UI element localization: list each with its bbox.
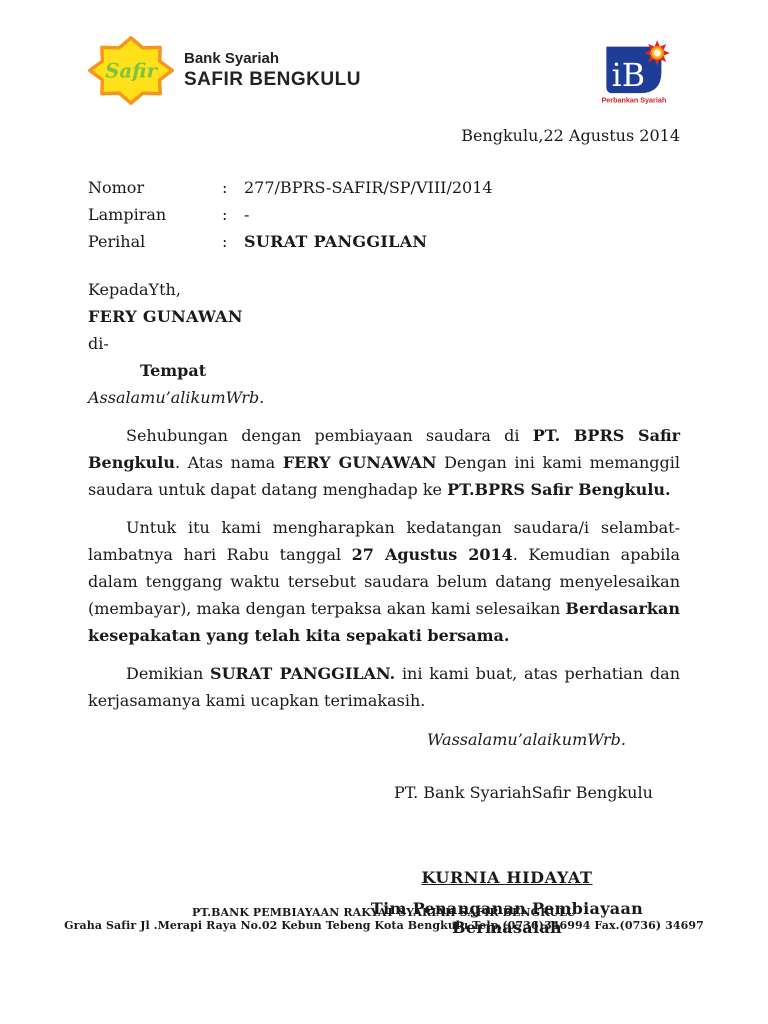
bank-brand: Safir Bank Syariah SAFIR BENGKULU xyxy=(88,36,361,105)
text-run-bold: FERY GUNAWAN xyxy=(283,453,437,472)
date-line: Bengkulu,22 Agustus 2014 xyxy=(88,126,680,145)
bank-name-line1: Bank Syariah xyxy=(184,49,361,68)
meta-label: Nomor xyxy=(88,177,222,198)
letter-meta: Nomor : 277/BPRS-SAFIR/SP/VIII/2014 Lamp… xyxy=(88,177,680,252)
meta-separator: : xyxy=(222,231,244,252)
footer-line1: PT.BANK PEMBIAYAAN RAKYAT SYARIAH SAFIR … xyxy=(0,906,768,919)
recipient-block: KepadaYth, FERY GUNAWAN di- Tempat Assal… xyxy=(88,276,680,411)
meta-separator: : xyxy=(222,204,244,225)
signature-name: KURNIA HIDAYAT xyxy=(334,868,680,887)
text-run: Demikian xyxy=(126,664,210,683)
meta-row-perihal: Perihal : SURAT PANGGILAN xyxy=(88,231,680,252)
bank-name-line2: SAFIR BENGKULU xyxy=(184,68,361,92)
meta-label: Lampiran xyxy=(88,204,222,225)
recipient-salutation: KepadaYth, xyxy=(88,276,680,303)
opening-greeting: Assalamu’alikumWrb. xyxy=(88,384,680,411)
ib-logo-text: iB xyxy=(612,58,646,94)
safir-star-logo-icon: Safir xyxy=(88,36,174,105)
closing-greeting: Wassalamu’alaikumWrb. xyxy=(427,730,680,749)
text-run: . Atas nama xyxy=(175,453,283,472)
text-run-bold: PT.BPRS Safir Bengkulu. xyxy=(447,480,671,499)
bank-name-block: Bank Syariah SAFIR BENGKULU xyxy=(184,49,361,92)
meta-label: Perihal xyxy=(88,231,222,252)
signature-company: PT. Bank SyariahSafir Bengkulu xyxy=(394,783,680,802)
meta-row-nomor: Nomor : 277/BPRS-SAFIR/SP/VIII/2014 xyxy=(88,177,680,198)
meta-value: SURAT PANGGILAN xyxy=(244,231,427,252)
ib-perbankan-syariah-logo-icon: iB Perbankan Syariah xyxy=(592,36,680,108)
footer-line2: Graha Safir Jl .Merapi Raya No.02 Kebun … xyxy=(0,919,768,932)
text-run: Sehubungan dengan pembiayaan saudara di xyxy=(126,426,533,445)
safir-logo-text: Safir xyxy=(105,58,158,82)
meta-value: - xyxy=(244,204,249,225)
recipient-place: Tempat xyxy=(88,357,680,384)
letter-page: Safir Bank Syariah SAFIR BENGKULU iB Per… xyxy=(0,0,768,1024)
text-run-bold: SURAT PANGGILAN. xyxy=(210,664,395,683)
letter-footer: PT.BANK PEMBIAYAAN RAKYAT SYARIAH SAFIR … xyxy=(0,906,768,932)
paragraph-3: Demikian SURAT PANGGILAN. ini kami buat,… xyxy=(88,660,680,714)
meta-separator: : xyxy=(222,177,244,198)
meta-value: 277/BPRS-SAFIR/SP/VIII/2014 xyxy=(244,177,493,198)
paragraph-1: Sehubungan dengan pembiayaan saudara di … xyxy=(88,422,680,503)
recipient-di: di- xyxy=(88,330,680,357)
meta-row-lampiran: Lampiran : - xyxy=(88,204,680,225)
text-run-bold: 27 Agustus 2014 xyxy=(352,545,513,564)
ib-logo-caption: Perbankan Syariah xyxy=(602,96,667,105)
letterhead: Safir Bank Syariah SAFIR BENGKULU iB Per… xyxy=(88,36,680,108)
paragraph-2: Untuk itu kami mengharapkan kedatangan s… xyxy=(88,514,680,649)
recipient-name: FERY GUNAWAN xyxy=(88,303,680,330)
